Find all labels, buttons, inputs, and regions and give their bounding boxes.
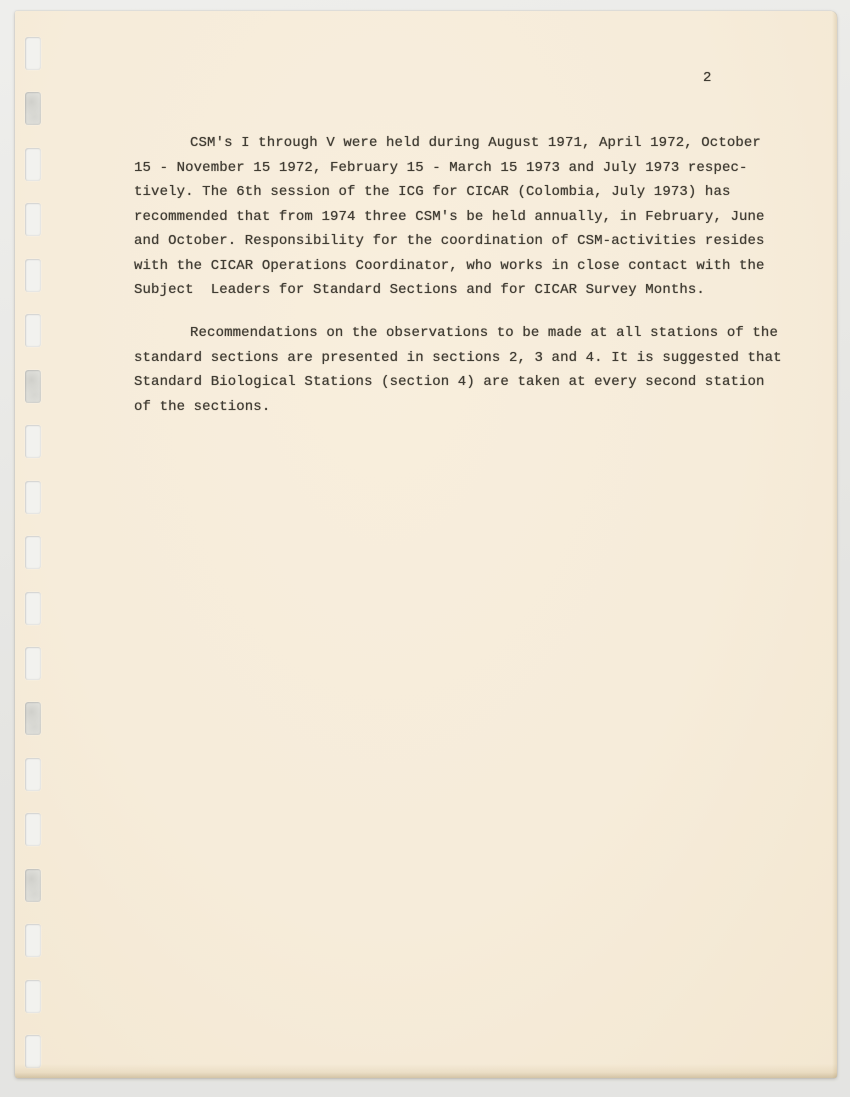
text-line: CSM's I through V were held during Augus…: [134, 131, 824, 156]
text-line: Subject Leaders for Standard Sections an…: [134, 278, 824, 303]
binding-hole: [25, 924, 41, 957]
binding-hole: [25, 647, 41, 680]
text-line: of the sections.: [134, 395, 824, 420]
paragraph: Recommendations on the observations to b…: [134, 321, 824, 419]
scan-background: 2 CSM's I through V were held during Aug…: [0, 0, 850, 1097]
paragraph: CSM's I through V were held during Augus…: [134, 131, 824, 303]
page-content: CSM's I through V were held during Augus…: [134, 131, 824, 419]
binding-hole: [25, 259, 41, 292]
text-line: Standard Biological Stations (section 4)…: [134, 370, 824, 395]
binding-hole: [25, 148, 41, 181]
document-page: 2 CSM's I through V were held during Aug…: [15, 11, 837, 1078]
text-line: standard sections are presented in secti…: [134, 346, 824, 371]
binding-hole: [25, 980, 41, 1013]
text-line: 15 - November 15 1972, February 15 - Mar…: [134, 156, 824, 181]
text-line: tively. The 6th session of the ICG for C…: [134, 180, 824, 205]
page-number: 2: [703, 66, 711, 90]
binding-hole: [25, 702, 41, 735]
text-line: and October. Responsibility for the coor…: [134, 229, 824, 254]
binding-hole: [25, 37, 41, 70]
binding-hole: [25, 758, 41, 791]
binding-hole: [25, 314, 41, 347]
binding-hole: [25, 536, 41, 569]
binding-hole: [25, 370, 41, 403]
text-line: recommended that from 1974 three CSM's b…: [134, 205, 824, 230]
binding-hole: [25, 1035, 41, 1068]
binding-hole: [25, 425, 41, 458]
text-line: Recommendations on the observations to b…: [134, 321, 824, 346]
binding-hole: [25, 481, 41, 514]
binding-hole: [25, 813, 41, 846]
binding-hole: [25, 869, 41, 902]
binding-hole: [25, 203, 41, 236]
binding-hole: [25, 92, 41, 125]
text-line: with the CICAR Operations Coordinator, w…: [134, 254, 824, 279]
binding-hole: [25, 592, 41, 625]
